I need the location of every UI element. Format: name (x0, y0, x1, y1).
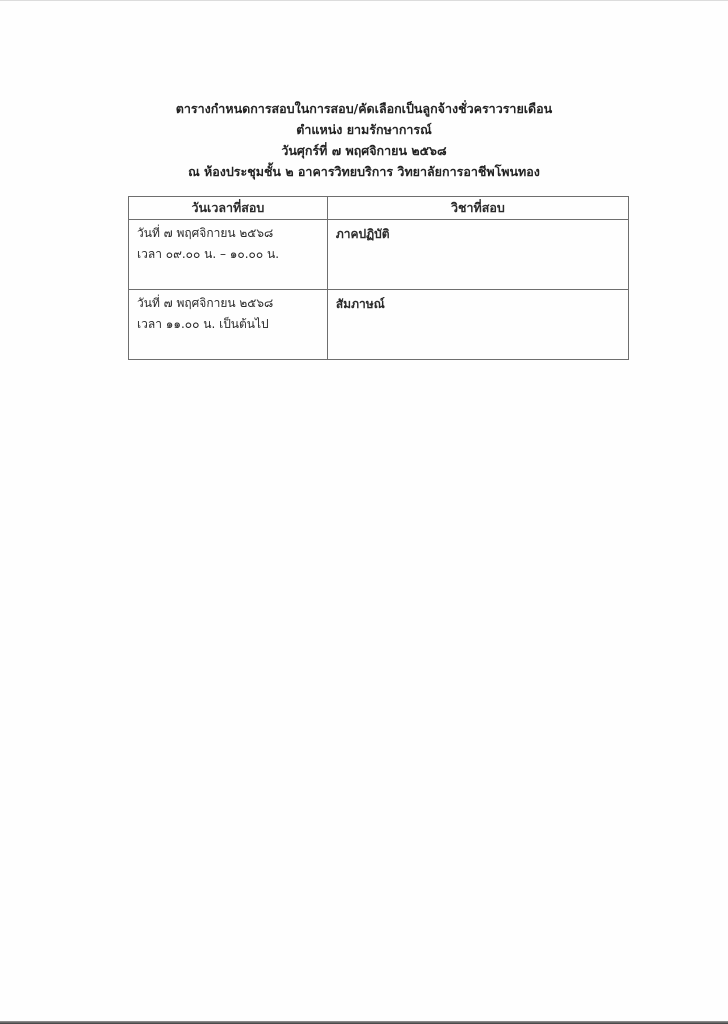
exam-date: วันที่ ๗ พฤศจิกายน ๒๕๖๘ (137, 223, 327, 244)
heading-date: วันศุกร์ที่ ๗ พฤศจิกายน ๒๕๖๘ (0, 140, 728, 161)
heading-title: ตารางกำหนดการสอบในการสอบ/คัดเลือกเป็นลูก… (0, 98, 728, 119)
exam-time: เวลา ๐๙.๐๐ น. – ๑๐.๐๐ น. (137, 244, 327, 265)
heading-position: ตำแหน่ง ยามรักษาการณ์ (0, 119, 728, 140)
table-row: วันที่ ๗ พฤศจิกายน ๒๕๖๘ เวลา ๐๙.๐๐ น. – … (129, 220, 629, 290)
header-exam-subject: วิชาที่สอบ (327, 197, 628, 220)
cell-exam-datetime: วันที่ ๗ พฤศจิกายน ๒๕๖๘ เวลา ๑๑.๐๐ น. เป… (129, 290, 328, 360)
cell-exam-subject: ภาคปฏิบัติ (327, 220, 628, 290)
cell-exam-datetime: วันที่ ๗ พฤศจิกายน ๒๕๖๘ เวลา ๐๙.๐๐ น. – … (129, 220, 328, 290)
exam-schedule-table: วันเวลาที่สอบ วิชาที่สอบ วันที่ ๗ พฤศจิก… (128, 196, 629, 360)
exam-time: เวลา ๑๑.๐๐ น. เป็นต้นไป (137, 314, 327, 335)
heading-venue: ณ ห้องประชุมชั้น ๒ อาคารวิทยบริการ วิทยา… (0, 161, 728, 182)
document-heading: ตารางกำหนดการสอบในการสอบ/คัดเลือกเป็นลูก… (0, 98, 728, 182)
scanned-page: ตารางกำหนดการสอบในการสอบ/คัดเลือกเป็นลูก… (0, 0, 728, 1024)
exam-date: วันที่ ๗ พฤศจิกายน ๒๕๖๘ (137, 293, 327, 314)
header-exam-datetime: วันเวลาที่สอบ (129, 197, 328, 220)
table-header-row: วันเวลาที่สอบ วิชาที่สอบ (129, 197, 629, 220)
cell-exam-subject: สัมภาษณ์ (327, 290, 628, 360)
table-row: วันที่ ๗ พฤศจิกายน ๒๕๖๘ เวลา ๑๑.๐๐ น. เป… (129, 290, 629, 360)
scan-edge-top (0, 0, 728, 1)
